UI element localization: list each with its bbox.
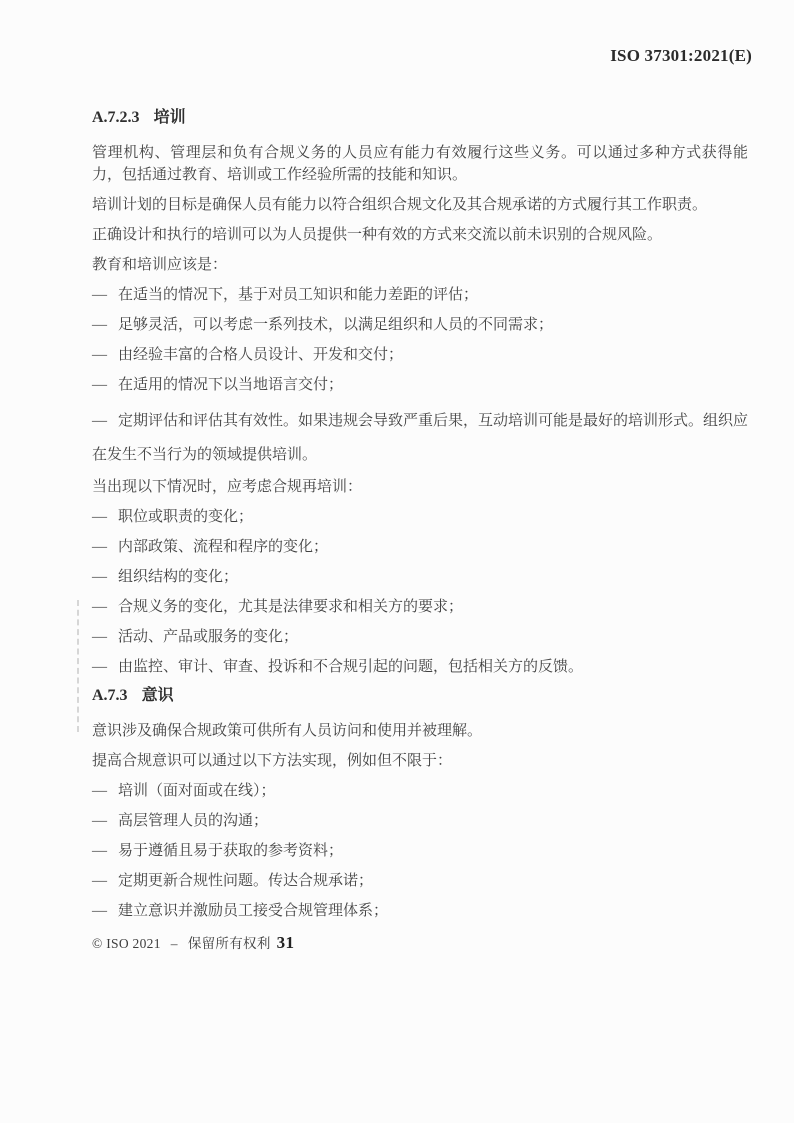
bullet-dash: —	[92, 344, 118, 366]
list-item: —在适用的情况下以当地语言交付；	[92, 374, 748, 396]
paragraph: 意识涉及确保合规政策可供所有人员访问和使用并被理解。	[92, 720, 748, 742]
bullet-dash: —	[92, 566, 118, 588]
list-item: —易于遵循且易于获取的参考资料；	[92, 840, 748, 862]
bullet-dash: —	[92, 870, 118, 892]
list-item-text: 由经验丰富的合格人员设计、开发和交付；	[118, 344, 748, 366]
bullet-dash: —	[92, 780, 118, 802]
bullet-dash: —	[92, 810, 118, 832]
section-title: 意识	[142, 687, 174, 704]
footer-page-number: 31	[277, 933, 295, 952]
list-item-text: 由监控、审计、审查、投诉和不合规引起的问题，包括相关方的反馈。	[118, 656, 748, 678]
paragraph: 培训计划的目标是确保人员有能力以符合组织合规文化及其合规承诺的方式履行其工作职责…	[92, 194, 748, 216]
list-item-text: 职位或职责的变化；	[118, 506, 748, 528]
list-item: —在适当的情况下，基于对员工知识和能力差距的评估；	[92, 284, 748, 306]
bullet-dash: —	[92, 413, 107, 429]
list-item: —培训（面对面或在线）；	[92, 780, 748, 802]
bullet-dash: —	[92, 374, 118, 396]
list-item: —合规义务的变化，尤其是法律要求和相关方的要求；	[92, 596, 748, 618]
list-item: —足够灵活，可以考虑一系列技术，以满足组织和人员的不同需求；	[92, 314, 748, 336]
paragraph: 教育和培训应该是：	[92, 254, 748, 276]
section-heading: A.7.3意识	[92, 686, 748, 706]
list-item-text: 培训（面对面或在线）；	[118, 780, 748, 802]
list-item: —建立意识并激励员工接受合规管理体系；	[92, 900, 748, 922]
bullet-dash: —	[92, 536, 118, 558]
paragraph: 当出现以下情况时，应考虑合规再培训：	[92, 476, 748, 498]
bullet-dash: —	[92, 314, 118, 336]
section-number: A.7.3	[92, 687, 128, 704]
footer-rights: 保留所有权利	[188, 936, 271, 951]
page-footer: © ISO 2021–保留所有权利31	[92, 932, 294, 953]
bullet-dash: —	[92, 656, 118, 678]
list-item-text: 足够灵活，可以考虑一系列技术，以满足组织和人员的不同需求；	[118, 314, 748, 336]
list-item: —活动、产品或服务的变化；	[92, 626, 748, 648]
section-title: 培训	[154, 109, 186, 126]
paragraph: 正确设计和执行的培训可以为人员提供一种有效的方式来交流以前未识别的合规风险。	[92, 224, 748, 246]
list-item: —内部政策、流程和程序的变化；	[92, 536, 748, 558]
list-item-text: 易于遵循且易于获取的参考资料；	[118, 840, 748, 862]
bullet-dash: —	[92, 506, 118, 528]
list-item-text: 定期更新合规性问题。传达合规承诺；	[118, 870, 748, 892]
list-item: —高层管理人员的沟通；	[92, 810, 748, 832]
list-item: —定期更新合规性问题。传达合规承诺；	[92, 870, 748, 892]
margin-change-bar	[77, 600, 79, 732]
list-item-text: 合规义务的变化，尤其是法律要求和相关方的要求；	[118, 596, 748, 618]
list-item-text: 建立意识并激励员工接受合规管理体系；	[118, 900, 748, 922]
bullet-dash: —	[92, 284, 118, 306]
paragraph: 管理机构、管理层和负有合规义务的人员应有能力有效履行这些义务。可以通过多种方式获…	[92, 142, 748, 186]
running-header-title: ISO 37301:2021(E)	[610, 46, 752, 66]
list-item: —组织结构的变化；	[92, 566, 748, 588]
list-item: —定期评估和评估其有效性。如果违规会导致严重后果，互动培训可能是最好的培训形式。…	[92, 404, 748, 472]
list-item-text: 内部政策、流程和程序的变化；	[118, 536, 748, 558]
bullet-dash: —	[92, 596, 118, 618]
list-item: —由监控、审计、审查、投诉和不合规引起的问题，包括相关方的反馈。	[92, 656, 748, 678]
list-item: —职位或职责的变化；	[92, 506, 748, 528]
footer-dash: –	[171, 936, 178, 951]
list-item-text: 在适用的情况下以当地语言交付；	[118, 374, 748, 396]
bullet-dash: —	[92, 840, 118, 862]
list-item: —由经验丰富的合格人员设计、开发和交付；	[92, 344, 748, 366]
list-item-text: 高层管理人员的沟通；	[118, 810, 748, 832]
list-item-text: 组织结构的变化；	[118, 566, 748, 588]
footer-copyright: © ISO 2021	[92, 936, 161, 951]
bullet-dash: —	[92, 626, 118, 648]
list-item-text: 在适当的情况下，基于对员工知识和能力差距的评估；	[118, 284, 748, 306]
section-heading: A.7.2.3培训	[92, 108, 748, 128]
section-number: A.7.2.3	[92, 109, 140, 126]
paragraph: 提高合规意识可以通过以下方法实现，例如但不限于：	[92, 750, 748, 772]
document-content: A.7.2.3培训管理机构、管理层和负有合规义务的人员应有能力有效履行这些义务。…	[92, 108, 748, 930]
bullet-dash: —	[92, 900, 118, 922]
list-item-text: 活动、产品或服务的变化；	[118, 626, 748, 648]
list-item-text: 定期评估和评估其有效性。如果违规会导致严重后果，互动培训可能是最好的培训形式。组…	[92, 413, 748, 463]
document-page: ISO 37301:2021(E) A.7.2.3培训管理机构、管理层和负有合规…	[0, 0, 794, 1123]
